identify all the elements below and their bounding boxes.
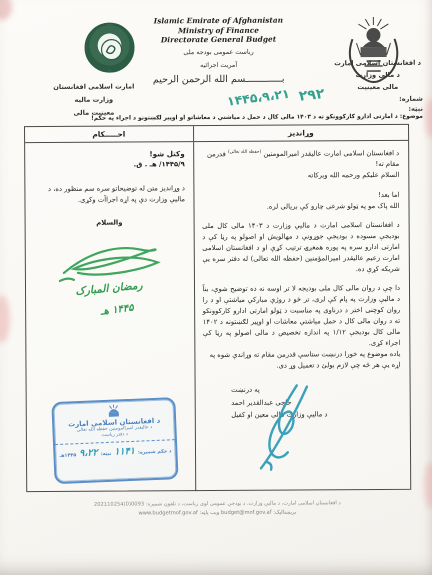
emirate-name-right: د افغانستان اسلامی امارت xyxy=(329,57,427,70)
salutation-text: د افغانستان اسلامی امارت عالیقدر امیرالم… xyxy=(263,149,399,158)
orders-cell: وکتل شو! ۱۴۴۵/۹/ هـ . ق. د وړاندیز متن ل… xyxy=(25,142,196,492)
stamp-date-value: ۹،۲۲ xyxy=(79,448,98,458)
org-name-english: Islamic Emirate of Afghanistan xyxy=(136,15,300,26)
proposal-closing: یاده موضوع په خورا درنښت ستاسې قدرمن مقا… xyxy=(203,349,401,372)
subject-line: موضوع: د امارتی ادارو کارکوونکو ته د ۱۴۰… xyxy=(53,114,423,122)
proposal-cell: د افغانستان اسلامی امارت عالیقدر امیرالم… xyxy=(194,141,411,491)
emirate-name-left: امارت اسلامی افغانستان xyxy=(33,80,155,94)
ministry-name-right: د مالی وزارت xyxy=(329,69,427,82)
proposal-orders-table: احـــــکام وړاندیز وکتل شو! ۱۴۴۵/۹/ هـ .… xyxy=(24,124,411,492)
salutation-line: د افغانستان اسلامی امارت عالیقدر امیرالم… xyxy=(202,146,400,171)
stamp-date-label: نېټه: xyxy=(101,452,112,457)
handwritten-approval-year: ۱۴۴۵ هـ xyxy=(72,299,163,321)
greeting-line: السلام علیکم ورحمه الله وبرکاته xyxy=(202,170,400,182)
amir-office-stamp: د افغانستان اسلامی امارت د عالیقدر امیرا… xyxy=(51,397,178,484)
stamp-year: ۱۴۴۵هـ xyxy=(59,453,76,459)
orders-column-header: احـــــکام xyxy=(25,126,194,142)
bismillah-calligraphy: بـــــــــــــسم الله الرحمن الرحیم xyxy=(141,74,297,86)
executive-office-dari: آمریت اجرائیه xyxy=(137,59,301,71)
document-body: Islamic Emirate of Afghanistan Ministry … xyxy=(0,0,432,575)
proposal-column-header: وړاندیز xyxy=(194,125,409,141)
header-left-block: امارت اسلامی افغانستان وزارت مالیه معینی… xyxy=(33,80,155,120)
deputy-name-right: مالی معینیت xyxy=(329,81,427,94)
table-body-row: وکتل شو! ۱۴۴۵/۹/ هـ . ق. د وړاندیز متن ل… xyxy=(25,141,410,492)
salutation-honorific: (حفظه الله تعالی) xyxy=(228,150,261,155)
ministry-of-finance-seal-icon xyxy=(84,22,134,74)
handwritten-letter-number: ۲۹۲ xyxy=(298,86,325,105)
scanned-letter-page: Islamic Emirate of Afghanistan Ministry … xyxy=(0,0,432,575)
prayer-line: الله پاک مو په ټولو شرعی چارو کې بریالی … xyxy=(202,201,400,213)
deputy-minister-signature-teal xyxy=(240,378,325,476)
letter-date-label: نېټه: xyxy=(408,105,423,113)
footer-email-web: بریښنالیک: budget@mof.gov.af ویب پاڼه: w… xyxy=(1,508,432,520)
valediction: والسلام xyxy=(34,217,186,229)
proposal-paragraph-1: د افغانستان اسلامی امارت د مالیې وزارت د… xyxy=(202,220,400,276)
ministry-name-left: وزارت مالیه xyxy=(33,93,155,107)
proposal-paragraph-2: دا چې د روان مالی کال ملی بودیجه لا تر ا… xyxy=(202,283,400,350)
stamp-order-number: ۱۱۴۱ xyxy=(114,447,135,457)
seal-inner-icon xyxy=(97,36,125,64)
directorate-english: Directorate General Budget xyxy=(136,35,300,46)
reviewed-date: ۱۴۴۵/۹/ هـ . ق. xyxy=(33,159,185,171)
directorate-dari: ریاست عمومی بودجه ملی xyxy=(137,46,301,58)
decision-text: د وړاندیز متن له توضیحاتو سره سم منظور د… xyxy=(33,183,185,206)
letter-footer: د افغانستان اسلامی امارت، د مالیې وزارت،… xyxy=(1,499,432,520)
reviewed-note: وکتل شو! xyxy=(33,148,185,160)
handwritten-letter-date: ۱۴۴۵،۹،۲۱ xyxy=(226,86,290,109)
letter-number-label: شماره: xyxy=(399,95,423,103)
header-center-block: Islamic Emirate of Afghanistan Ministry … xyxy=(136,15,300,71)
header-right-block: د افغانستان اسلامی امارت د مالی وزارت ما… xyxy=(329,57,427,94)
stamp-order-label: د حکم شمیره: xyxy=(138,449,172,455)
